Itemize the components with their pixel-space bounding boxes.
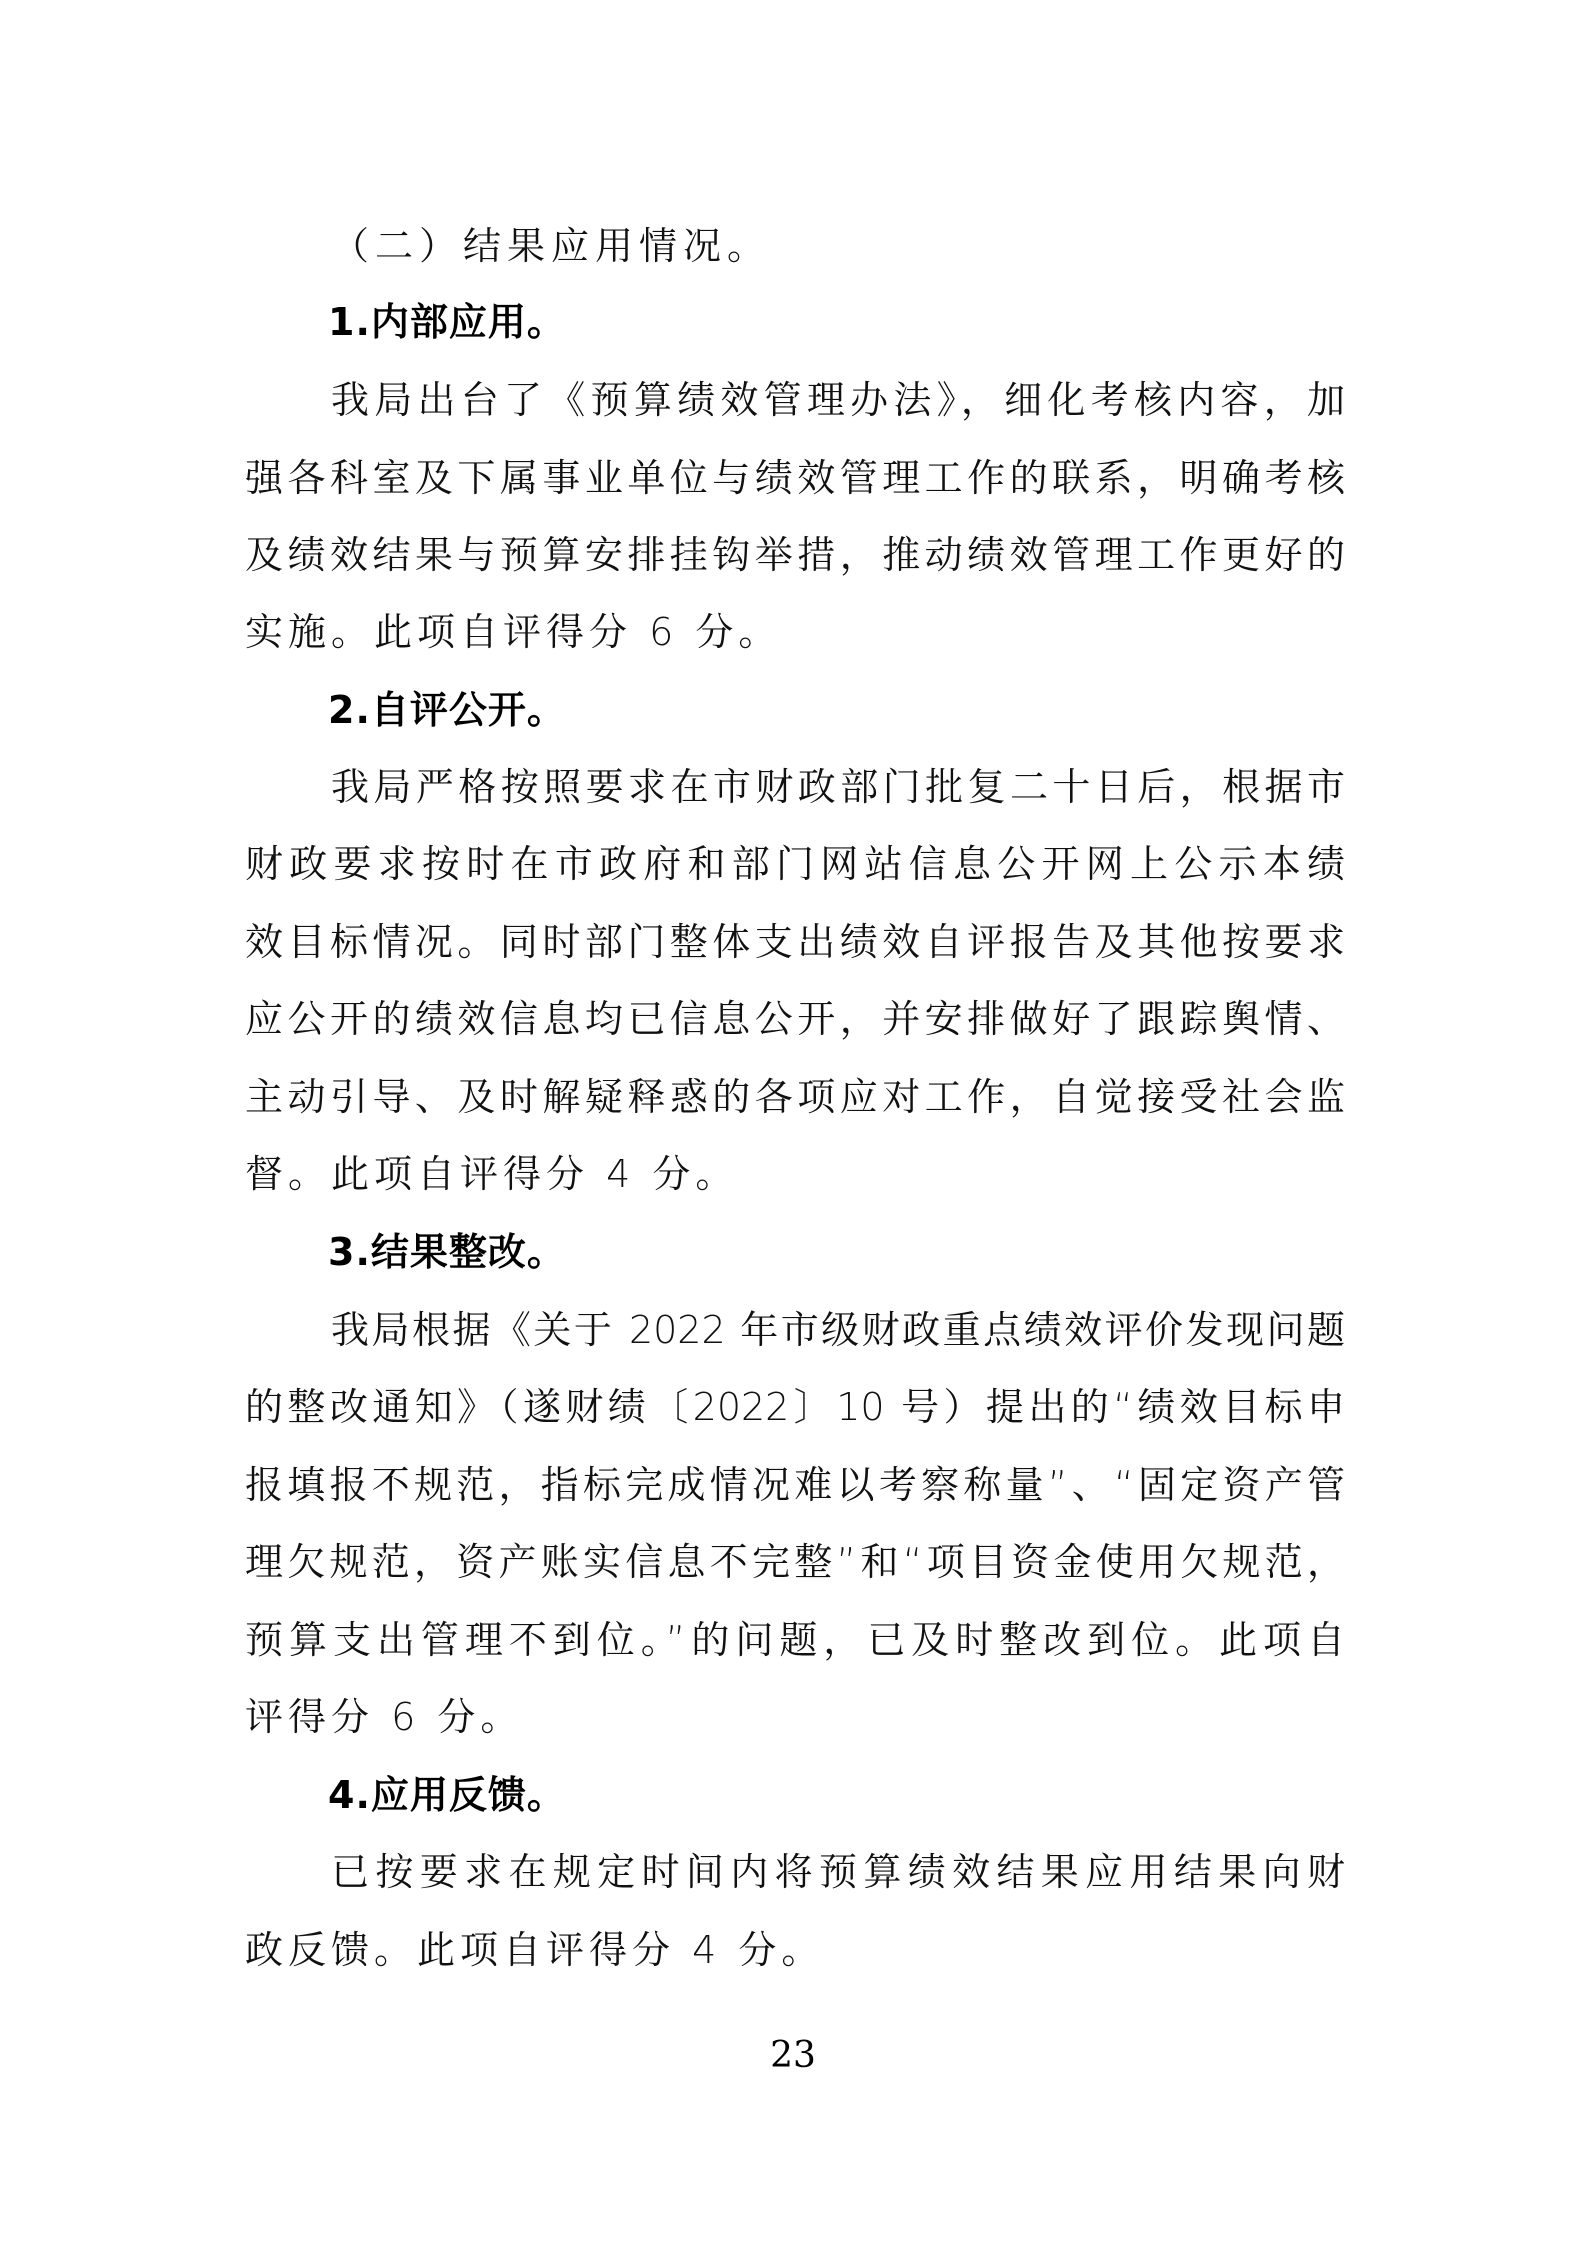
subsection-heading-application-feedback: 4.应用反馈。 [328, 1770, 1342, 1820]
paragraph-line: 应公开的绩效信息均已信息公开，并安排做好了跟踪舆情、 [245, 994, 1345, 1044]
paragraph-line: 效目标情况。同时部门整体支出绩效自评报告及其他按要求 [245, 917, 1345, 967]
page-number: 23 [743, 2034, 843, 2078]
paragraph-line-score: 实施。此项自评得分 6 分。 [245, 607, 1345, 657]
subsection-heading-self-evaluation-disclosure: 2.自评公开。 [328, 685, 1342, 735]
paragraph-line: 财政要求按时在市政府和部门网站信息公开网上公示本绩 [245, 839, 1345, 889]
paragraph-line: 已按要求在规定时间内将预算绩效结果应用结果向财 [331, 1847, 1345, 1897]
paragraph-line: 强各科室及下属事业单位与绩效管理工作的联系，明确考核 [245, 453, 1345, 503]
paragraph-line-score: 督。此项自评得分 4 分。 [245, 1149, 1345, 1199]
paragraph-line: 预算支出管理不到位。”的问题，已及时整改到位。此项自 [245, 1615, 1345, 1665]
paragraph-line: 报填报不规范，指标完成情况难以考察称量”、“固定资产管 [245, 1460, 1345, 1510]
paragraph-line: 的整改通知》（遂财绩〔2022〕10 号）提出的“绩效目标申 [245, 1382, 1345, 1432]
paragraph-line: 我局根据《关于 2022 年市级财政重点绩效评价发现问题 [331, 1305, 1345, 1355]
subsection-heading-internal-application: 1.内部应用。 [328, 297, 1342, 347]
section-heading-result-application: （二）结果应用情况。 [331, 221, 1345, 271]
document-page: （二）结果应用情况。 1.内部应用。 我局出台了《预算绩效管理办法》，细化考核内… [0, 0, 1587, 2245]
paragraph-line-score: 政反馈。此项自评得分 4 分。 [245, 1925, 1345, 1975]
subsection-heading-result-rectification: 3.结果整改。 [328, 1227, 1342, 1277]
paragraph-line-score: 评得分 6 分。 [245, 1692, 1345, 1742]
paragraph-line: 及绩效结果与预算安排挂钩举措，推动绩效管理工作更好的 [245, 530, 1345, 580]
paragraph-line: 主动引导、及时解疑释惑的各项应对工作，自觉接受社会监 [245, 1072, 1345, 1122]
paragraph-line: 我局出台了《预算绩效管理办法》，细化考核内容，加 [331, 375, 1345, 425]
paragraph-line: 我局严格按照要求在市财政部门批复二十日后，根据市 [331, 762, 1345, 812]
paragraph-line: 理欠规范，资产账实信息不完整”和“项目资金使用欠规范， [245, 1537, 1345, 1587]
